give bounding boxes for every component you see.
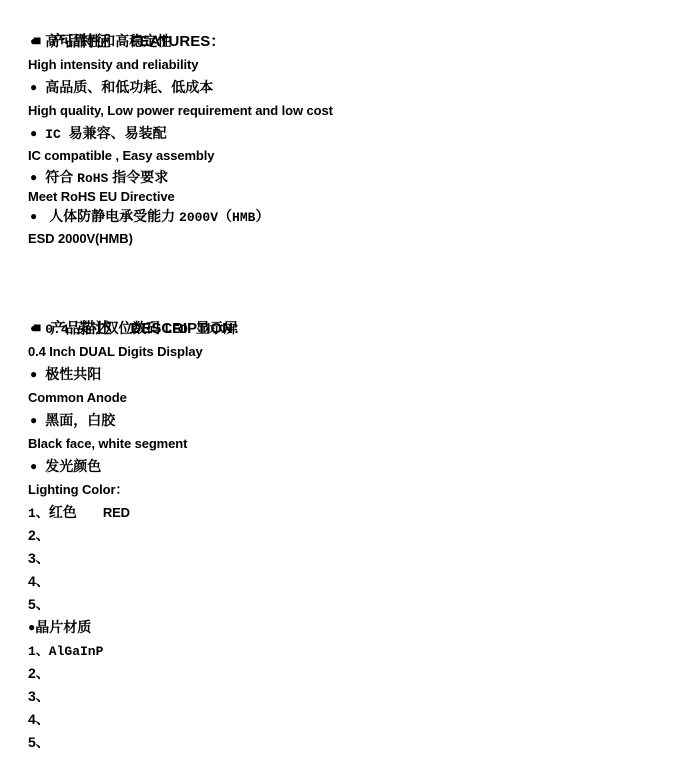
doc-line: ●IC 易兼容、易装配 (0, 122, 675, 144)
circle-bullet-icon: ● (30, 413, 37, 427)
doc-line: Lighting Color： (0, 478, 675, 501)
description-lines: ●0.4 英寸双位数码 LED 显示屏0.4 Inch DUAL Digits … (0, 317, 675, 754)
text-segment: IC (45, 127, 68, 142)
doc-line: 3、 (0, 685, 675, 708)
text-segment: 晶片材质 (35, 619, 91, 635)
circle-bullet-icon: ● (30, 80, 37, 94)
doc-line: 5、 (0, 593, 675, 616)
text-segment: 5、 (28, 734, 50, 750)
text-segment: 5、 (28, 596, 50, 612)
text-segment: 发光颜色 (45, 458, 101, 474)
doc-line: High intensity and reliability (0, 53, 675, 76)
doc-line: 2、 (0, 662, 675, 685)
text-segment: 0.4 (45, 322, 76, 337)
text-segment: 高品质、和低功耗、低成本 (45, 79, 213, 95)
text-segment: 4、 (28, 711, 50, 727)
text-segment: 符合 (45, 169, 77, 185)
text-segment: Black face, white segment (28, 436, 187, 451)
text-segment: （ (218, 208, 232, 224)
text-segment: 2、 (28, 665, 50, 681)
doc-line: 2、 (0, 524, 675, 547)
doc-line: Common Anode (0, 386, 675, 409)
text-segment: ESD 2000V(HMB) (28, 231, 133, 246)
doc-line: ●极性共阳 (0, 363, 675, 386)
doc-line: Meet RoHS EU Directive (0, 187, 675, 206)
doc-line: ESD 2000V(HMB) (0, 227, 675, 250)
doc-line: IC compatible , Easy assembly (0, 144, 675, 167)
text-segment: HMB (232, 210, 255, 225)
doc-line: ●高品质、和低功耗、低成本 (0, 76, 675, 99)
text-segment: High intensity and reliability (28, 57, 198, 72)
text-segment: 3、 (28, 550, 50, 566)
doc-line: ●高可靠性和高稳定性 (0, 30, 675, 53)
text-segment: 显示屏 (196, 320, 238, 336)
description-section: ■产品描述DESCRIPTION： ●0.4 英寸双位数码 LED 显示屏0.4… (0, 294, 675, 754)
features-heading: ■产品特征FEATURES： (0, 7, 675, 30)
text-segment: 高可靠性和高稳定性 (45, 33, 171, 49)
doc-line: ●符合 RoHS 指令要求 (0, 167, 675, 187)
text-segment: 易兼容、易装配 (69, 125, 167, 141)
text-segment: 1、 (28, 506, 49, 521)
doc-line: 4、 (0, 708, 675, 731)
doc-line: Black face, white segment (0, 432, 675, 455)
circle-bullet-icon: ● (28, 620, 35, 634)
doc-line: 4、 (0, 570, 675, 593)
text-segment: 红色 (49, 504, 77, 520)
text-segment: RoHS (77, 171, 108, 186)
doc-line: 0.4 Inch DUAL Digits Display (0, 340, 675, 363)
text-segment: 英寸双位数码 (76, 320, 164, 336)
description-heading: ■产品描述DESCRIPTION： (0, 294, 675, 317)
text-segment: 1、AlGaInP (28, 644, 103, 659)
circle-bullet-icon: ● (30, 367, 37, 381)
circle-bullet-icon: ● (30, 459, 37, 473)
text-segment: Lighting Color： (28, 482, 128, 497)
doc-line: ●0.4 英寸双位数码 LED 显示屏 (0, 317, 675, 340)
text-segment: 2、 (28, 527, 50, 543)
circle-bullet-icon: ● (30, 321, 37, 335)
doc-line: 1、AlGaInP (0, 639, 675, 662)
text-segment: 2000V (179, 210, 218, 225)
doc-line: 1、红色RED (0, 501, 675, 524)
text-segment: Meet RoHS EU Directive (28, 189, 175, 204)
doc-line: ●晶片材质 (0, 616, 675, 639)
text-segment: 黑面，白胶 (45, 412, 115, 428)
circle-bullet-icon: ● (30, 209, 37, 223)
text-segment: 人体防静电承受能力 (45, 208, 179, 224)
doc-line: High quality, Low power requirement and … (0, 99, 675, 122)
text-segment: High quality, Low power requirement and … (28, 103, 333, 118)
circle-bullet-icon: ● (30, 34, 37, 48)
text-segment: 指令要求 (108, 169, 168, 185)
text-segment: RED (103, 505, 130, 520)
doc-line: 5、 (0, 731, 675, 754)
text-segment: 0.4 Inch DUAL Digits Display (28, 344, 203, 359)
doc-line: ●黑面，白胶 (0, 409, 675, 432)
features-section: ■产品特征FEATURES： ●高可靠性和高稳定性High intensity … (0, 7, 675, 250)
text-segment: Common Anode (28, 390, 127, 405)
doc-line: ●发光颜色 (0, 455, 675, 478)
text-segment: LED (164, 322, 195, 337)
doc-line: ● 人体防静电承受能力 2000V（HMB） (0, 206, 675, 227)
text-segment: 4、 (28, 573, 50, 589)
datasheet-page: ■产品特征FEATURES： ●高可靠性和高稳定性High intensity … (0, 0, 675, 782)
text-segment: 极性共阳 (45, 366, 101, 382)
features-lines: ●高可靠性和高稳定性High intensity and reliability… (0, 30, 675, 250)
text-segment: IC compatible , Easy assembly (28, 148, 214, 163)
circle-bullet-icon: ● (30, 170, 37, 184)
text-segment: 3、 (28, 688, 50, 704)
circle-bullet-icon: ● (30, 126, 37, 140)
text-segment: ） (255, 208, 269, 224)
doc-line: 3、 (0, 547, 675, 570)
